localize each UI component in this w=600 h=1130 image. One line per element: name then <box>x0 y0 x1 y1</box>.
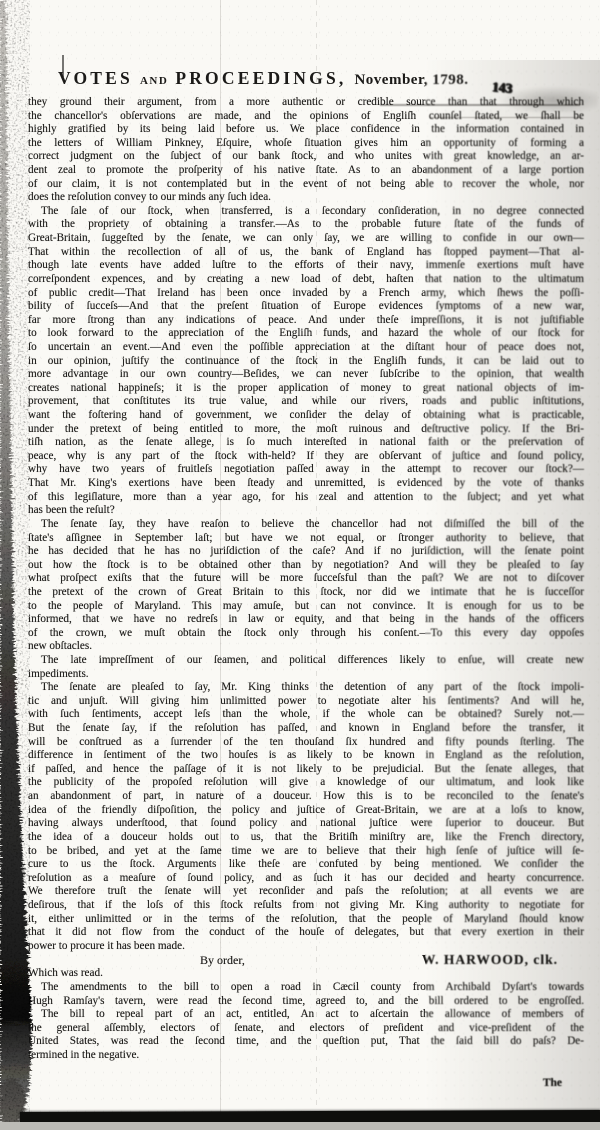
text-line: Great-Britain, ſuggeſted by the ſenate, … <box>28 232 584 246</box>
text-line: tiſh nation, as the ſenate allege, is ſo… <box>28 436 584 450</box>
text-line: That within the recollection of all of u… <box>28 246 584 260</box>
main-text-column: they ground their argument, from a more … <box>28 96 584 1090</box>
page-header: VOTES AND PROCEEDINGS, November, 1798. 1… <box>28 68 584 96</box>
text-line: of our claim, it is not contemplated but… <box>28 178 584 192</box>
catchword: The <box>28 1076 584 1090</box>
text-line: deſirous, that if the loſs of this ſtock… <box>28 899 584 913</box>
text-line: peace, why is any part of the ſtock with… <box>28 450 584 464</box>
text-line: why have two years of fruitleſs negotiat… <box>28 463 584 477</box>
text-line: if paſſed, and hence the paſſage of it i… <box>28 763 584 777</box>
text-line: The bill to repeal part of an act, entit… <box>28 1008 584 1022</box>
text-line: want the foſtering hand of government, w… <box>28 409 584 423</box>
text-line: more advantage in our own country—Beſide… <box>28 368 584 382</box>
ink-smear-line <box>380 104 580 106</box>
page-title: VOTES AND PROCEEDINGS, November, 1798. <box>58 68 469 89</box>
text-line: with ſuch ſentiments, accept leſs than t… <box>28 708 584 722</box>
text-line: Which was read. <box>28 967 584 981</box>
fold-line-right <box>316 0 317 1130</box>
body-text: they ground their argument, from a more … <box>28 96 584 953</box>
ink-smear-line <box>430 117 582 118</box>
text-line: tic and unjuſt. Will giving him unlimitt… <box>28 695 584 709</box>
text-line: idea of the friendly diſpoſition, the po… <box>28 804 584 818</box>
text-line: does the reſolution convey to our minds … <box>28 191 584 205</box>
text-line: ſtate's aſſignee in September laſt; but … <box>28 532 584 546</box>
text-line: informed, that we have no redreſs in law… <box>28 613 584 627</box>
scan-edge-strip <box>0 1122 600 1130</box>
text-line: power to procure it has been made. <box>28 940 584 954</box>
fold-line-left <box>220 0 221 1130</box>
page-number: 143 <box>491 79 513 97</box>
scanned-document-page: VOTES AND PROCEEDINGS, November, 1798. 1… <box>0 0 600 1130</box>
text-line: correſpondent expences, and by creating … <box>28 273 584 287</box>
text-line: to be bribed, and yet at the ſame time w… <box>28 845 584 859</box>
text-line: reſolution as a meaſure of ſound policy,… <box>28 872 584 886</box>
text-line: to look forward to the appreciation of t… <box>28 327 584 341</box>
text-line: the pretext of the crown of Great Britai… <box>28 586 584 600</box>
title-proceedings: PROCEEDINGS, <box>175 68 346 88</box>
text-line: We therefore truſt the ſenate will yet r… <box>28 885 584 899</box>
text-line: bility of ſucceſs—And that the preſent ſ… <box>28 300 584 314</box>
text-line: new obſtacles. <box>28 640 584 654</box>
text-line: that it did not flow from the conduct of… <box>28 926 584 940</box>
text-line: he has decided that he has no juriſdicti… <box>28 545 584 559</box>
text-line: they ground their argument, from a more … <box>28 96 584 110</box>
text-line: The ſenate are pleaſed to ſay, Mr. King … <box>28 681 584 695</box>
text-line: United States, was read the ſecond time,… <box>28 1035 584 1049</box>
text-line: termined in the negative. <box>28 1049 584 1063</box>
scan-artifact <box>62 55 64 77</box>
text-line: has been the reſult? <box>28 504 584 518</box>
title-votes: VOTES <box>58 68 133 88</box>
text-line: highly gratified by its being laid befor… <box>28 123 584 137</box>
text-line: The ſenate ſay, they have reaſon to beli… <box>28 518 584 532</box>
title-and: AND <box>140 75 168 87</box>
text-line: Hugh Ramſay's tavern, were read the ſeco… <box>28 995 584 1009</box>
text-line: having always underſtood, that ſound pol… <box>28 817 584 831</box>
text-line: The amendments to the bill to open a roa… <box>28 981 584 995</box>
closing-text: Which was read.The amendments to the bil… <box>28 967 584 1062</box>
text-line: But the ſenate ſay, if the reſolution ha… <box>28 722 584 736</box>
text-line: out how the ſtock is to be obtained othe… <box>28 559 584 573</box>
signature-row: By order, W. HARWOOD, clk. <box>28 953 584 967</box>
text-line: with the propriety of obtaining a transf… <box>28 218 584 232</box>
text-line: provement, that conſtitutes its true val… <box>28 395 584 409</box>
text-line: the general aſſembly, electors of ſenate… <box>28 1022 584 1036</box>
text-line: under the pretext of being entitled to m… <box>28 423 584 437</box>
text-line: difference in ſentiment of the two houſe… <box>28 749 584 763</box>
text-line: will be conſtrued as a ſurrender of the … <box>28 736 584 750</box>
text-line: The late impreſſment of our ſeamen, and … <box>28 654 584 668</box>
text-line: what proſpect exiſts that the future wil… <box>28 572 584 586</box>
clerk-signature: W. HARWOOD, clk. <box>422 953 558 967</box>
text-line: of public credit—That Ireland has been o… <box>28 287 584 301</box>
text-line: correct judgment on the ſubject of our b… <box>28 150 584 164</box>
text-line: the letters of William Pinkney, Eſquire,… <box>28 137 584 151</box>
text-line: creates national happineſs; it is the pr… <box>28 382 584 396</box>
text-line: ſo uncertain an event.—And even the poſſ… <box>28 341 584 355</box>
text-line: cure to us the ſtock. Arguments like the… <box>28 858 584 872</box>
text-line: the publicity of the propoſed reſolution… <box>28 776 584 790</box>
text-line: to the people of Maryland. This may amuſ… <box>28 600 584 614</box>
title-date: November, 1798. <box>354 72 468 88</box>
text-line: of the crown, we muſt obtain the ſtock o… <box>28 627 584 641</box>
text-line: it, either unlimitted or in the terms of… <box>28 913 584 927</box>
text-line: impediments. <box>28 668 584 682</box>
text-line: the idea of a douceur holds out to us, t… <box>28 831 584 845</box>
text-line: far more ſtrong than any indications of … <box>28 314 584 328</box>
text-line: dent zeal to promote the proſperity of h… <box>28 164 584 178</box>
text-line: That Mr. King's exertions have been ſtea… <box>28 477 584 491</box>
text-line: an abandonment of part, in nature of a d… <box>28 790 584 804</box>
text-line: though late events have added luſtre to … <box>28 259 584 273</box>
text-line: in our opinion, juſtify the continuance … <box>28 355 584 369</box>
text-line: of this legiſlature, more than a year ag… <box>28 491 584 505</box>
by-order-label: By order, <box>200 953 245 967</box>
text-line: The ſale of our ſtock, when transferred,… <box>28 205 584 219</box>
